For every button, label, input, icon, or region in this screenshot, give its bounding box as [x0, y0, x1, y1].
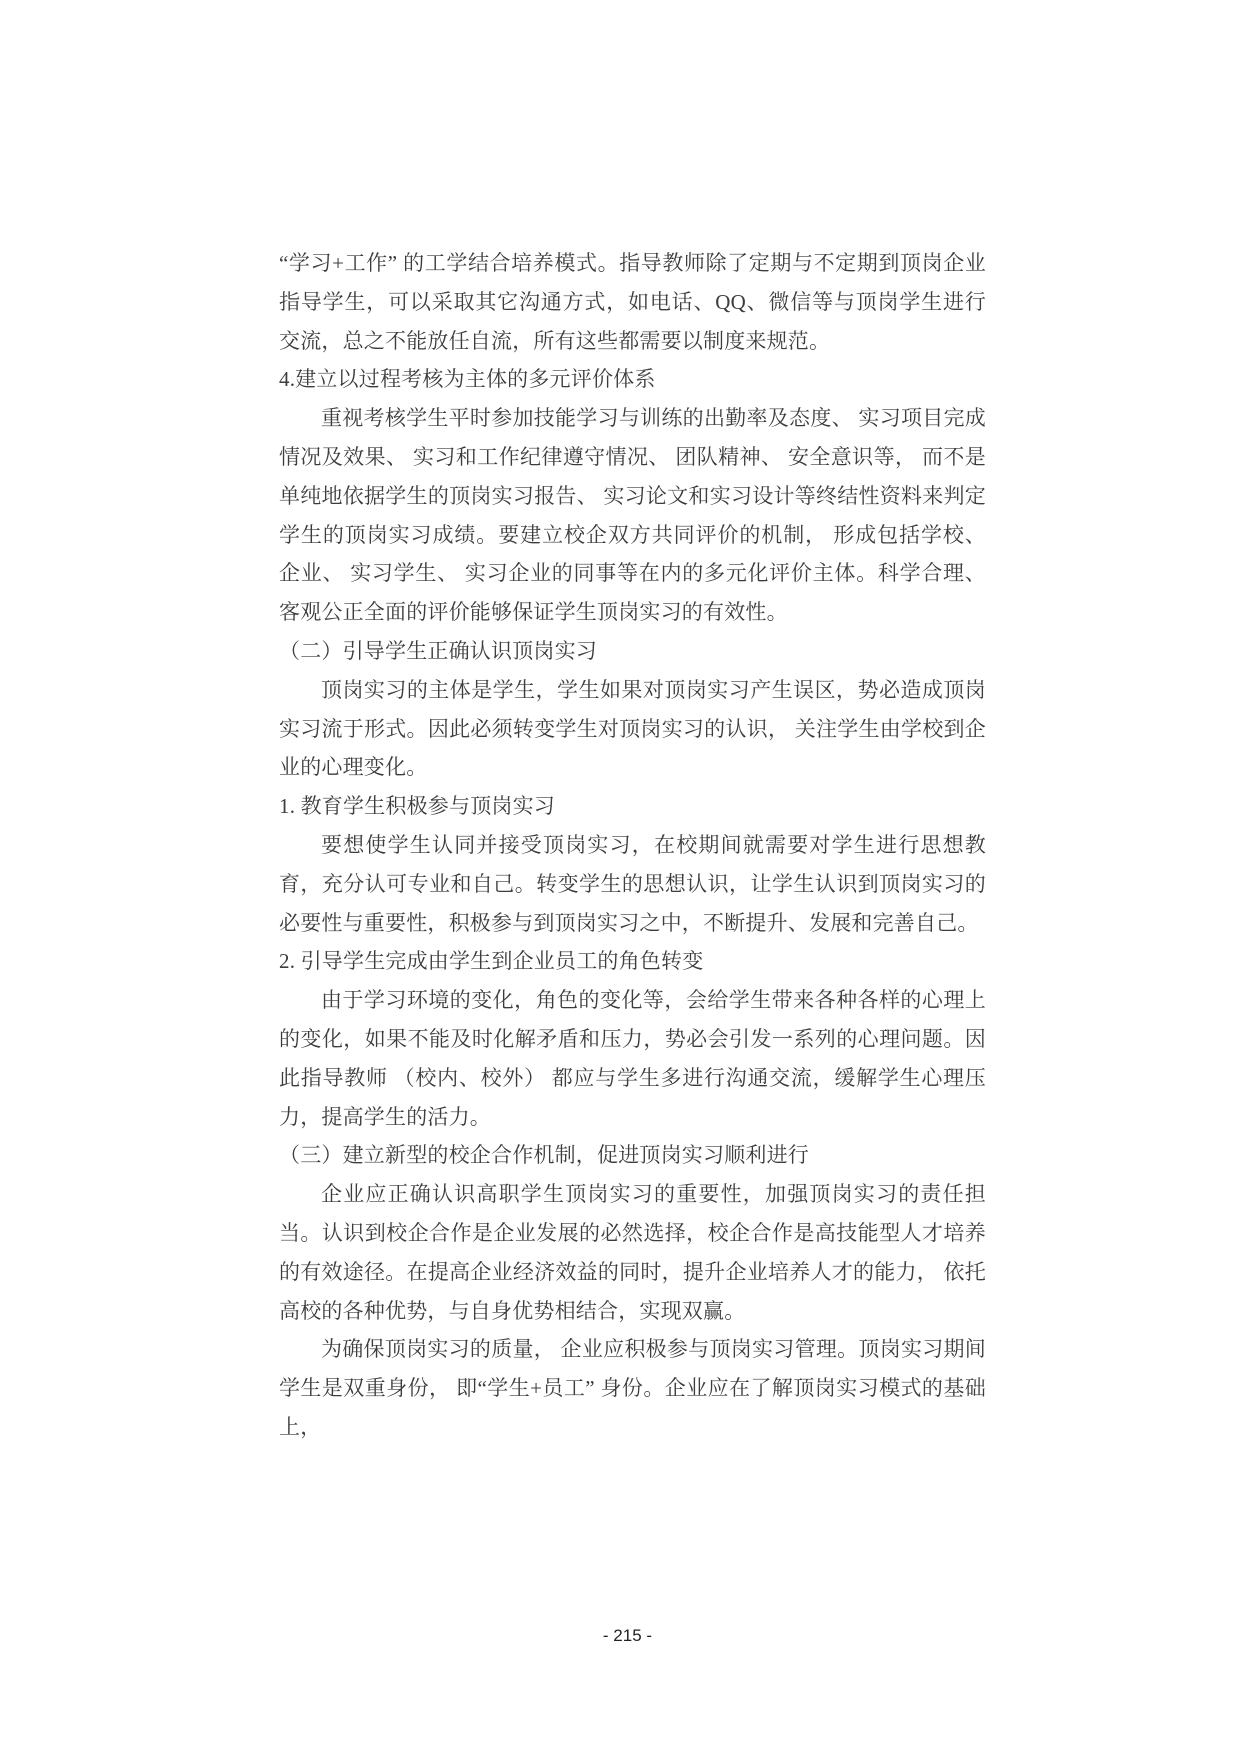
- section-heading: （二）引导学生正确认识顶岗实习: [279, 632, 986, 671]
- paragraph: 为确保顶岗实习的质量， 企业应积极参与顶岗实习管理。顶岗实习期间学生是双重身份，…: [279, 1330, 986, 1446]
- section-heading: 2. 引导学生完成由学生到企业员工的角色转变: [279, 942, 986, 981]
- page-number: - 215 -: [15, 1626, 1240, 1646]
- document-body: “学习+工作” 的工学结合培养模式。指导教师除了定期与不定期到顶岗企业指导学生，…: [279, 244, 986, 1447]
- paragraph: 重视考核学生平时参加技能学习与训练的出勤率及态度、 实习项目完成情况及效果、 实…: [279, 399, 986, 632]
- paragraph: 顶岗实习的主体是学生，学生如果对顶岗实习产生误区，势必造成顶岗实习流于形式。因此…: [279, 671, 986, 787]
- document-page: “学习+工作” 的工学结合培养模式。指导教师除了定期与不定期到顶岗企业指导学生，…: [0, 0, 1240, 1753]
- paragraph: 由于学习环境的变化，角色的变化等，会给学生带来各种各样的心理上的变化，如果不能及…: [279, 981, 986, 1136]
- paragraph: 企业应正确认识高职学生顶岗实习的重要性，加强顶岗实习的责任担当。认识到校企合作是…: [279, 1175, 986, 1330]
- section-heading: 4.建立以过程考核为主体的多元评价体系: [279, 360, 986, 399]
- paragraph: “学习+工作” 的工学结合培养模式。指导教师除了定期与不定期到顶岗企业指导学生，…: [279, 244, 986, 360]
- paragraph: 要想使学生认同并接受顶岗实习，在校期间就需要对学生进行思想教育，充分认可专业和自…: [279, 826, 986, 942]
- section-heading: （三）建立新型的校企合作机制，促进顶岗实习顺利进行: [279, 1136, 986, 1175]
- section-heading: 1. 教育学生积极参与顶岗实习: [279, 787, 986, 826]
